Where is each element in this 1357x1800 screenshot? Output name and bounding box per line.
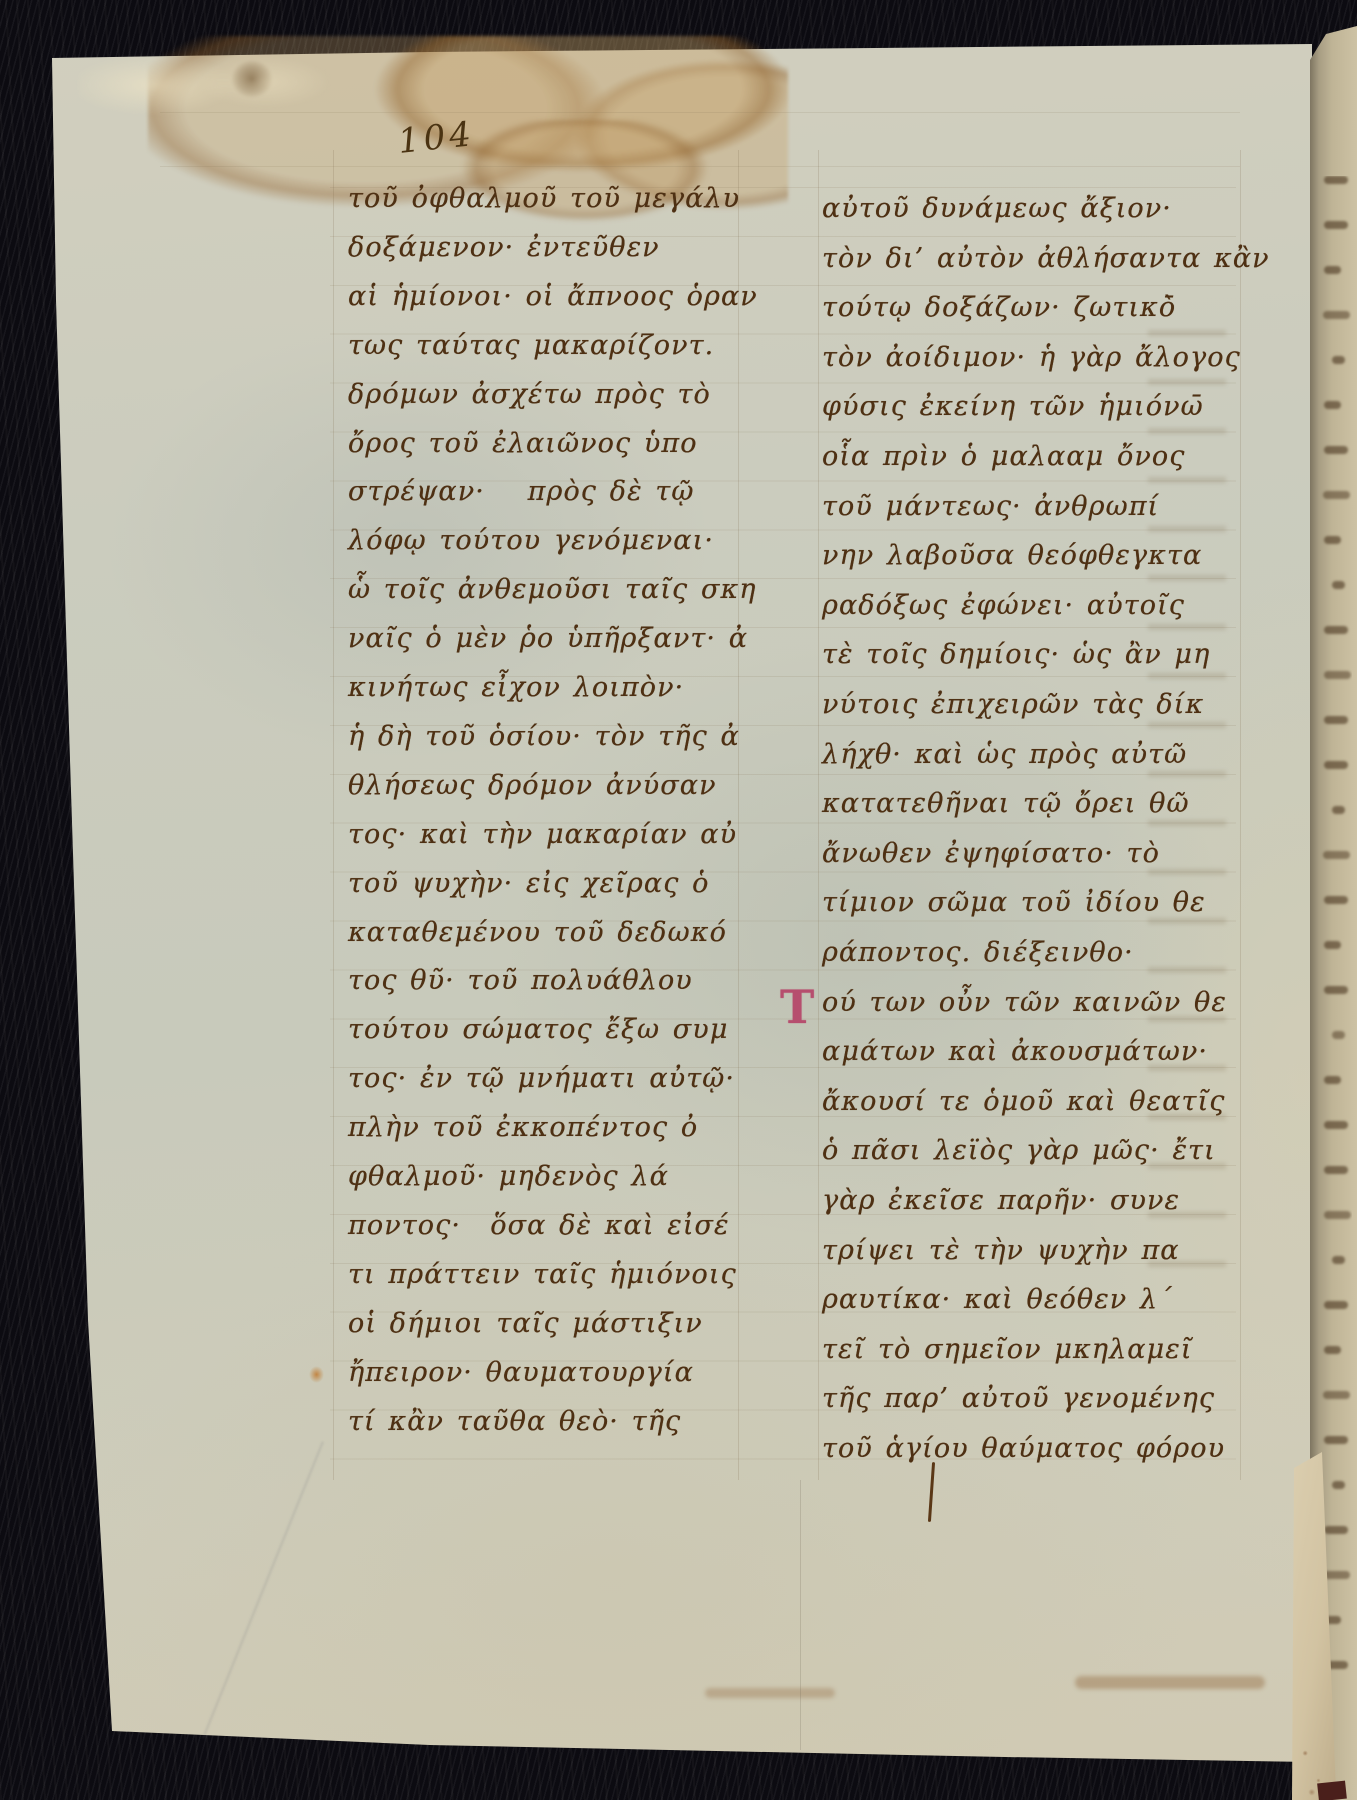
- text-line: τρίψει τὲ τὴν ψυχὴν πα: [822, 1235, 1180, 1284]
- fore-edge-text-mark: [1323, 311, 1350, 319]
- text-line: τος· ἐν τῷ μνήματι αὐτῷ·: [348, 1063, 735, 1112]
- left-text-column: τοῦ ὀφθαλμοῦ τοῦ μεγάλυδοξάμενον· ἐντεῦθ…: [348, 183, 748, 1483]
- fore-edge-text-mark: [1324, 446, 1348, 454]
- text-line: τὸν δι’ αὐτὸν ἀθλήσαντα κἂν: [822, 243, 1270, 292]
- fore-edge-text-mark: [1324, 1526, 1348, 1534]
- text-line: θλήσεως δρόμον ἀνύσαν: [348, 770, 717, 819]
- text-line: ἡ δὴ τοῦ ὁσίου· τὸν τῆς ἀ: [348, 721, 740, 770]
- text-line: νύτοις ἐπιχειρῶν τὰς δίκ: [822, 689, 1204, 738]
- text-line: πλὴν τοῦ ἐκκοπέντος ὀ: [348, 1112, 698, 1161]
- fore-edge-text-mark: [1324, 401, 1341, 409]
- fore-edge-text-mark: [1332, 1256, 1345, 1264]
- corner-shine: [78, 56, 328, 114]
- text-line: ὄρος τοῦ ἐλαιῶνος ὑπο: [348, 428, 698, 477]
- text-line: τοῦ ὀφθαλμοῦ τοῦ μεγάλυ: [348, 183, 740, 232]
- rubric-initial: Τ: [780, 984, 814, 1030]
- fore-edge-text-mark: [1332, 806, 1345, 814]
- manuscript-photo: 104 τοῦ ὀφθαλμοῦ τοῦ μεγάλυδοξάμενον· ἐν…: [0, 0, 1357, 1800]
- text-line: αἱ ἡμίονοι· οἱ ἄπνοος ὁραν: [348, 281, 758, 330]
- text-line: τοῦ ψυχὴν· εἰς χεῖρας ὁ: [348, 868, 709, 917]
- fore-edge-text-mark: [1324, 1076, 1341, 1084]
- text-line: τως ταύτας μακαρίζοντ.: [348, 330, 714, 379]
- cover-edge: [1317, 1781, 1347, 1800]
- fore-edge-text-mark: [1323, 1391, 1350, 1399]
- fore-edge-text-mark: [1332, 1481, 1345, 1489]
- text-line: δοξάμενον· ἐντεῦθεν: [348, 232, 660, 281]
- text-line: τος θῦ· τοῦ πολυάθλου: [348, 965, 693, 1014]
- fore-edge-text-mark: [1324, 176, 1348, 184]
- fore-edge-text-lines: [1320, 176, 1352, 1746]
- fore-edge-text-mark: [1324, 221, 1348, 229]
- text-line: αὐτοῦ δυνάμεως ἄξιον·: [822, 193, 1172, 242]
- text-line: τούτῳ δοξάζων· ζωτικὸ̄: [822, 292, 1176, 341]
- text-line: οἷα πρὶν ὁ μαλααμ ὄνος: [822, 441, 1185, 490]
- ruling-horizontal-line: [160, 112, 1240, 113]
- fore-edge-text-mark: [1324, 986, 1348, 994]
- fore-edge-text-mark: [1332, 581, 1345, 589]
- text-line: τεῖ τὸ σημεῖον μκηλαμεῖ: [822, 1334, 1193, 1383]
- fore-edge-text-mark: [1324, 1121, 1348, 1129]
- text-line: τῆς παρ’ αὐτοῦ γενομένης: [822, 1383, 1215, 1432]
- text-line: τί κἂν ταῦθα θεὸ· τῆς: [348, 1406, 681, 1455]
- fore-edge-text-mark: [1324, 761, 1348, 769]
- fore-edge-text-mark: [1324, 1436, 1348, 1444]
- fore-edge-text-mark: [1323, 491, 1350, 499]
- text-line: φθαλμοῦ· μηδενὸς λά: [348, 1161, 669, 1210]
- fore-edge-text-mark: [1324, 266, 1341, 274]
- text-line: τι πράττειν ταῖς ἡμιόνοις: [348, 1259, 737, 1308]
- text-line: δρόμων ἀσχέτω πρὸς τὸ: [348, 379, 711, 428]
- ruling-vertical-line: [333, 150, 334, 1480]
- fore-edge-text-mark: [1324, 536, 1341, 544]
- text-line: ραδόξως ἐφώνει· αὐτοῖς: [822, 590, 1185, 639]
- ruling-vertical-line: [818, 150, 819, 1480]
- text-line: νην λαβοῦσα θεόφθεγκτα: [822, 540, 1202, 589]
- text-line: γὰρ ἐκεῖσε παρῆν· συνε: [822, 1185, 1180, 1234]
- parchment-crease: [800, 1480, 801, 1750]
- text-line: λόφῳ τούτου γενόμεναι·: [348, 525, 714, 574]
- text-line: φύσις ἐκείνη τῶν ἡμιόνω̄: [822, 391, 1204, 440]
- text-line: ποντος· ὅσα δὲ καὶ εἰσέ: [348, 1210, 730, 1259]
- text-line: κινήτως εἶχον λοιπὸν·: [348, 672, 684, 721]
- fore-edge-text-mark: [1332, 1031, 1345, 1039]
- fore-edge-text-mark: [1324, 896, 1348, 904]
- fore-edge-text-mark: [1324, 941, 1341, 949]
- text-line: οἱ δήμιοι ταῖς μάστιξιν: [348, 1308, 703, 1357]
- text-line: καταθεμένου τοῦ δεδωκό: [348, 917, 727, 966]
- text-line: ναῖς ὁ μὲν ῥο ὑπῆρξαντ· ἀ: [348, 623, 748, 672]
- fore-edge-text-mark: [1324, 1166, 1348, 1174]
- text-line: ραυτίκα· καὶ θεόθεν λ΄: [822, 1284, 1173, 1333]
- small-orange-stain: [309, 1366, 324, 1383]
- fore-edge-text-mark: [1332, 356, 1345, 364]
- bottom-edge-smudge: [705, 1688, 835, 1698]
- fore-edge-text-mark: [1324, 626, 1348, 634]
- fore-edge-text-mark: [1324, 1346, 1341, 1354]
- show-through-text: [1148, 330, 1226, 1310]
- text-line: τος· καὶ τὴν μακαρίαν αὐ: [348, 819, 737, 868]
- text-line: τούτου σώματος ἔξω συμ: [348, 1014, 728, 1063]
- fore-edge-text-mark: [1324, 1211, 1351, 1219]
- text-line: τοῦ μάντεως· ἀνθρωπί: [822, 491, 1159, 540]
- ruling-horizontal-line: [160, 166, 1240, 167]
- text-line: λήχθ· καὶ ὡς πρὸς αὐτῶ: [822, 739, 1187, 788]
- text-line: ἤπειρον· θαυματουργία: [348, 1357, 694, 1406]
- fore-edge-text-mark: [1324, 1301, 1348, 1309]
- text-line: ἄνωθεν ἐψηφίσατο· τὸ: [822, 838, 1160, 887]
- text-line: ράποντος. διέξεινθο·: [822, 937, 1134, 986]
- fore-edge-text-mark: [1324, 671, 1351, 679]
- bottom-edge-smudge: [1075, 1676, 1265, 1689]
- text-line: στρέψαν· πρὸς δὲ τῷ: [348, 476, 695, 525]
- text-line: τοῦ ἁγίου θαύματος φόρου: [822, 1433, 1225, 1482]
- fore-edge-text-mark: [1323, 851, 1350, 859]
- text-line: ὧ τοῖς ἀνθεμοῦσι ταῖς σκη: [348, 574, 757, 623]
- text-line: κατατεθῆναι τῷ ὄρει θῶ: [822, 788, 1190, 837]
- fore-edge-text-mark: [1324, 716, 1348, 724]
- folio-number: 104: [396, 114, 477, 162]
